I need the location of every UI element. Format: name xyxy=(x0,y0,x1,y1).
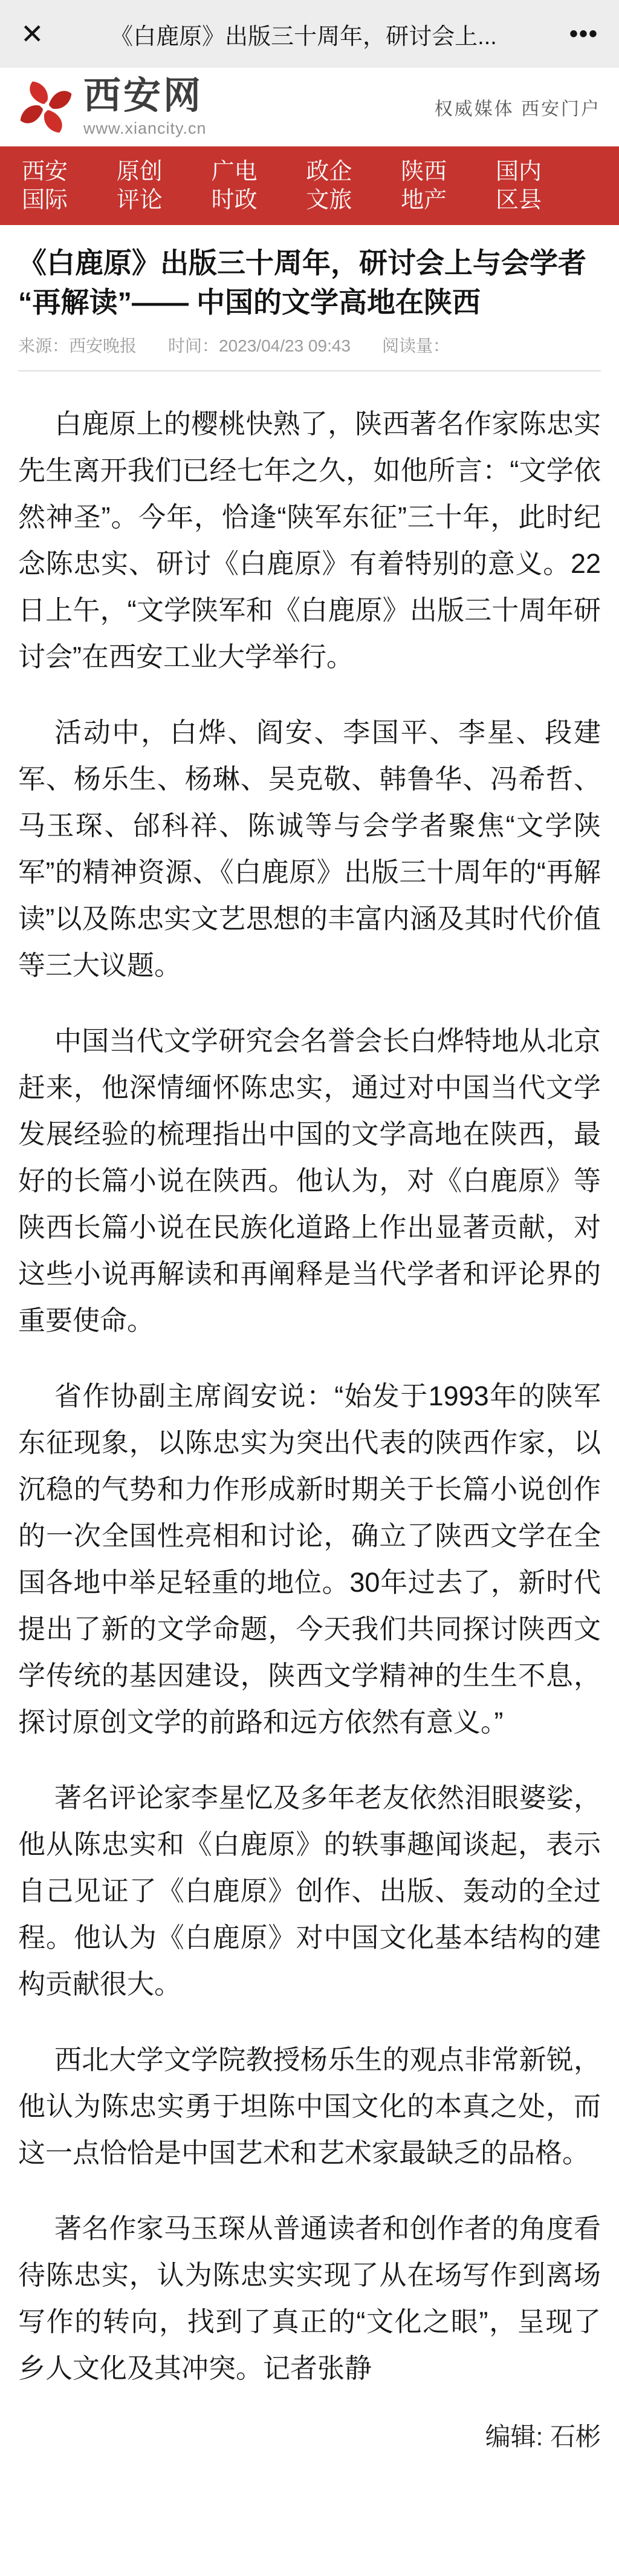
nav-item-line: 广电 xyxy=(209,158,260,186)
nav-item-line: 区县 xyxy=(493,186,544,215)
paragraph: 西北大学文学院教授杨乐生的观点非常新锐，他认为陈忠实勇于坦陈中国文化的本真之处，… xyxy=(18,2036,601,2176)
paragraph: 著名评论家李星忆及多年老友依然泪眼婆娑，他从陈忠实和《白鹿原》的轶事趣闻谈起，表… xyxy=(18,1774,601,2007)
window-title: 《白鹿原》出版三十周年，研讨会上... xyxy=(63,18,544,51)
nav-item-line: 政企 xyxy=(303,158,354,186)
article-meta: 来源：西安晚报 时间：2023/04/23 09:43 阅读量： xyxy=(18,333,601,357)
paragraph: 活动中，白烨、阎安、李国平、李星、段建军、杨乐生、杨琳、吴克敬、韩鲁华、冯希哲、… xyxy=(18,709,601,989)
close-icon[interactable]: ✕ xyxy=(21,20,63,48)
meta-time: 时间：2023/04/23 09:43 xyxy=(168,333,351,357)
brand-text: 西安网 www.xiancity.cn xyxy=(83,76,207,138)
nav-item-line: 西安 xyxy=(19,158,70,186)
site-url: www.xiancity.cn xyxy=(83,119,207,138)
browser-top-bar: ✕ 《白鹿原》出版三十周年，研讨会上... ••• xyxy=(0,0,619,68)
nav-item-line: 文旅 xyxy=(303,186,354,215)
site-name: 西安网 xyxy=(83,76,207,116)
site-tagline: 权威媒体 西安门户 xyxy=(435,94,601,120)
xian-net-flower-icon xyxy=(18,79,74,135)
nav-item-line: 时政 xyxy=(209,186,260,215)
meta-views: 阅读量： xyxy=(382,333,450,357)
paragraph: 省作协副主席阎安说：“始发于1993年的陕军东征现象，以陈忠实为突出代表的陕西作… xyxy=(18,1373,601,1745)
paragraph: 著名作家马玉琛从普通读者和创作者的角度看待陈忠实，认为陈忠实实现了从在场写作到离… xyxy=(18,2205,601,2391)
nav-item-xian-guoji[interactable]: 西安 国际 xyxy=(19,158,70,215)
paragraph: 中国当代文学研究会名誉会长白烨特地从北京赶来，他深情缅怀陈忠实，通过对中国当代文… xyxy=(18,1018,601,1344)
nav-item-line: 地产 xyxy=(398,186,449,215)
nav-item-line: 原创 xyxy=(114,158,165,186)
site-logo[interactable]: 西安网 www.xiancity.cn xyxy=(18,76,207,138)
nav-item-line: 评论 xyxy=(114,186,165,215)
nav-item-guangdian-shizheng[interactable]: 广电 时政 xyxy=(209,158,260,215)
page: ✕ 《白鹿原》出版三十周年，研讨会上... ••• 西安网 www.xia xyxy=(0,0,619,2576)
meta-divider xyxy=(18,370,601,371)
nav-item-shanxi-dichan[interactable]: 陕西 地产 xyxy=(398,158,449,215)
meta-source: 来源：西安晚报 xyxy=(18,333,137,357)
nav-item-line: 国内 xyxy=(493,158,544,186)
nav-item-line: 国际 xyxy=(19,186,70,215)
nav-item-line: 陕西 xyxy=(398,158,449,186)
article: 《白鹿原》出版三十周年，研讨会上与会学者“再解读”—— 中国的文学高地在陕西 来… xyxy=(0,243,619,2452)
paragraph: 白鹿原上的樱桃快熟了，陕西著名作家陈忠实先生离开我们已经七年之久，如他所言：“文… xyxy=(18,400,601,680)
main-nav: 西安 国际 原创 评论 广电 时政 政企 文旅 陕西 地产 国内 区县 xyxy=(0,146,619,225)
nav-item-zhengqi-wenlv[interactable]: 政企 文旅 xyxy=(303,158,354,215)
more-menu-icon[interactable]: ••• xyxy=(544,22,598,46)
article-title: 《白鹿原》出版三十周年，研讨会上与会学者“再解读”—— 中国的文学高地在陕西 xyxy=(18,243,601,322)
nav-item-guonei-quxian[interactable]: 国内 区县 xyxy=(493,158,544,215)
site-header: 西安网 www.xiancity.cn 权威媒体 西安门户 xyxy=(0,68,619,146)
editor-credit: 编辑: 石彬 xyxy=(18,2422,601,2452)
nav-item-yuanchuang-pinglun[interactable]: 原创 评论 xyxy=(114,158,165,215)
